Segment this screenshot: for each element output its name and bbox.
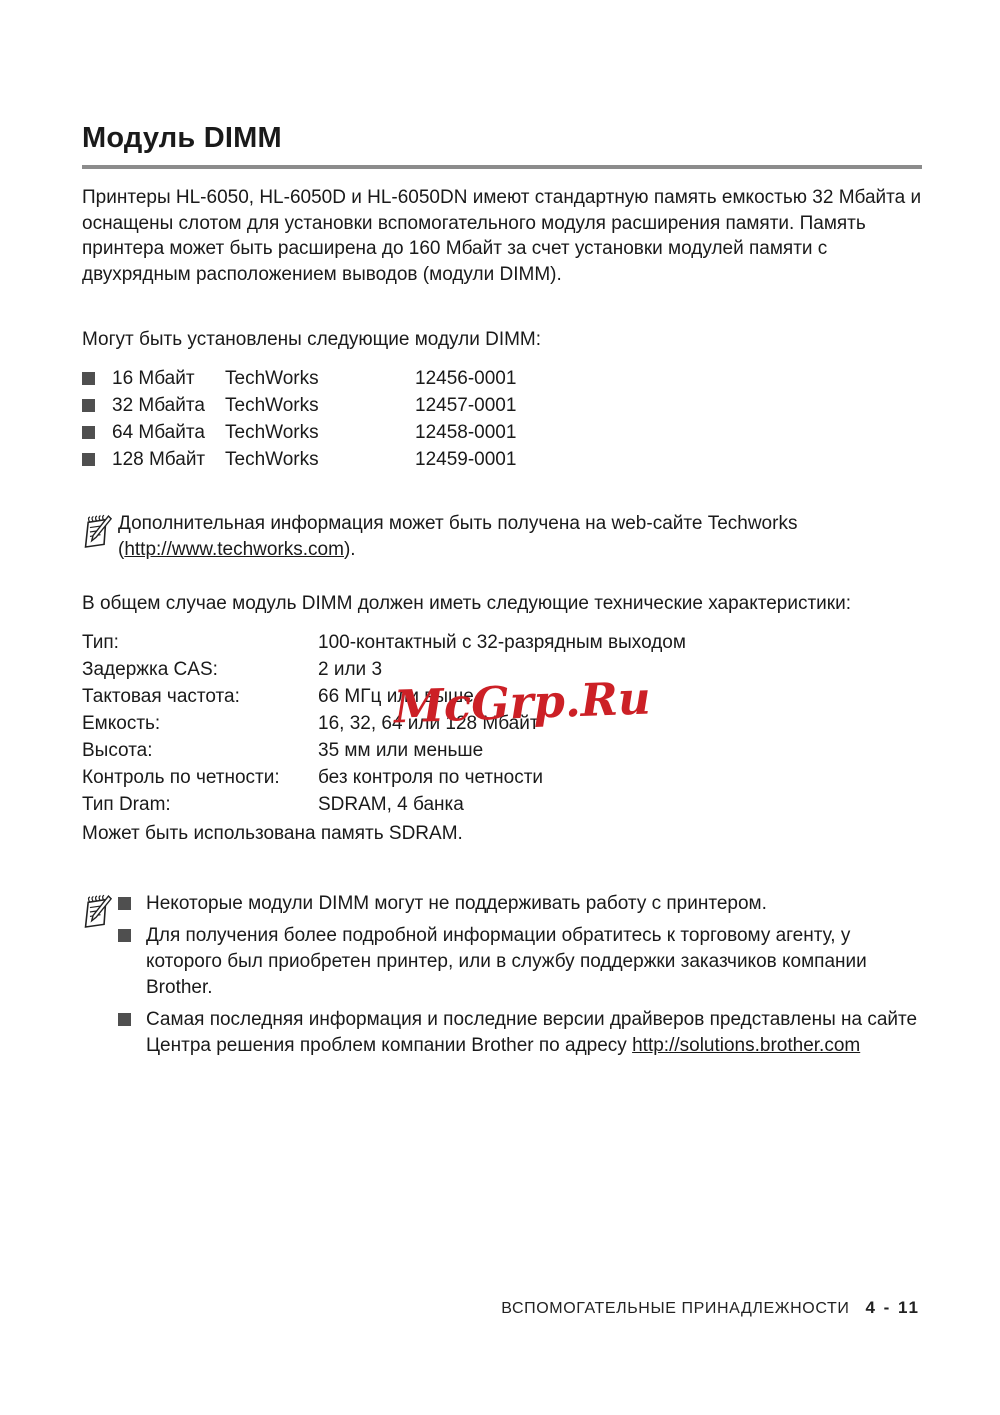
- module-size: 64 Мбайта: [112, 422, 225, 444]
- module-size: 32 Мбайта: [112, 395, 225, 417]
- intro-paragraph: Принтеры HL-6050, HL-6050D и HL-6050DN и…: [82, 185, 922, 287]
- module-row: 16 Мбайт TechWorks 12456-0001: [82, 365, 922, 392]
- square-bullet-icon: [118, 897, 131, 910]
- square-bullet-icon: [82, 453, 95, 466]
- square-bullet-icon: [118, 929, 131, 942]
- footer-section-title: ВСПОМОГАТЕЛЬНЫЕ ПРИНАДЛЕЖНОСТИ: [501, 1300, 849, 1317]
- square-bullet-icon: [82, 399, 95, 412]
- spec-row: Контроль по четности: без контроля по че…: [82, 764, 922, 791]
- note-item-text: Некоторые модули DIMM могут не поддержив…: [146, 891, 922, 917]
- spec-label: Высота:: [82, 740, 318, 762]
- note-item: Некоторые модули DIMM могут не поддержив…: [118, 891, 922, 917]
- notes-callout-section: Некоторые модули DIMM могут не поддержив…: [82, 891, 922, 1065]
- footer-page-number: 4 - 11: [865, 1298, 920, 1317]
- note-item-text: Самая последняя информация и последние в…: [146, 1007, 922, 1059]
- module-vendor: TechWorks: [225, 395, 415, 417]
- brother-solutions-link[interactable]: http://solutions.brother.com: [632, 1035, 860, 1056]
- module-vendor: TechWorks: [225, 368, 415, 390]
- module-vendor: TechWorks: [225, 449, 415, 471]
- module-size: 16 Мбайт: [112, 368, 225, 390]
- spec-row: Тип Dram: SDRAM, 4 банка: [82, 791, 922, 818]
- spec-row: Тип: 100-контактный с 32-разрядным выход…: [82, 629, 922, 656]
- spec-label: Тип:: [82, 632, 318, 654]
- note-item: Самая последняя информация и последние в…: [118, 1007, 922, 1059]
- notepad-pencil-icon: [82, 891, 118, 936]
- spec-label: Тактовая частота:: [82, 686, 318, 708]
- spec-value: без контроля по четности: [318, 767, 922, 789]
- square-bullet-icon: [118, 1013, 131, 1026]
- module-size: 128 Мбайт: [112, 449, 225, 471]
- module-row: 32 Мбайта TechWorks 12457-0001: [82, 392, 922, 419]
- page-title: Модуль DIMM: [82, 122, 922, 155]
- techworks-link[interactable]: http://www.techworks.com: [124, 539, 344, 560]
- title-rule: [82, 165, 922, 169]
- watermark: McGrp.Ru: [393, 672, 651, 734]
- module-part-number: 12457-0001: [415, 395, 922, 417]
- module-vendor: TechWorks: [225, 422, 415, 444]
- spec-label: Емкость:: [82, 713, 318, 735]
- module-part-number: 12456-0001: [415, 368, 922, 390]
- spec-value: 100-контактный с 32-разрядным выходом: [318, 632, 922, 654]
- notepad-pencil-icon: [82, 511, 118, 556]
- spec-label: Контроль по четности:: [82, 767, 318, 789]
- module-part-number: 12459-0001: [415, 449, 922, 471]
- module-list-intro: Могут быть установлены следующие модули …: [82, 329, 922, 351]
- module-row: 64 Мбайта TechWorks 12458-0001: [82, 419, 922, 446]
- spec-value: 35 мм или меньше: [318, 740, 922, 762]
- note-text: Дополнительная информация может быть пол…: [118, 511, 830, 563]
- note-callout: Дополнительная информация может быть пол…: [82, 511, 922, 563]
- square-bullet-icon: [82, 372, 95, 385]
- page-footer: ВСПОМОГАТЕЛЬНЫЕ ПРИНАДЛЕЖНОСТИ4 - 11: [501, 1298, 920, 1318]
- spec-label: Тип Dram:: [82, 794, 318, 816]
- spec-label: Задержка CAS:: [82, 659, 318, 681]
- square-bullet-icon: [82, 426, 95, 439]
- note-item: Для получения более подробной информации…: [118, 923, 922, 1001]
- module-row: 128 Мбайт TechWorks 12459-0001: [82, 446, 922, 473]
- manual-page: Модуль DIMM Принтеры HL-6050, HL-6050D и…: [0, 0, 1000, 1415]
- spec-list: Тип: 100-контактный с 32-разрядным выход…: [82, 629, 922, 845]
- module-part-number: 12458-0001: [415, 422, 922, 444]
- spec-outro: Может быть использована память SDRAM.: [82, 823, 922, 845]
- note-item-text: Для получения более подробной информации…: [146, 923, 922, 1001]
- spec-row: Высота: 35 мм или меньше: [82, 737, 922, 764]
- spec-value: SDRAM, 4 банка: [318, 794, 922, 816]
- note-text-after: ).: [344, 539, 356, 560]
- spec-intro: В общем случае модуль DIMM должен иметь …: [82, 593, 922, 615]
- module-list-section: Могут быть установлены следующие модули …: [82, 329, 922, 473]
